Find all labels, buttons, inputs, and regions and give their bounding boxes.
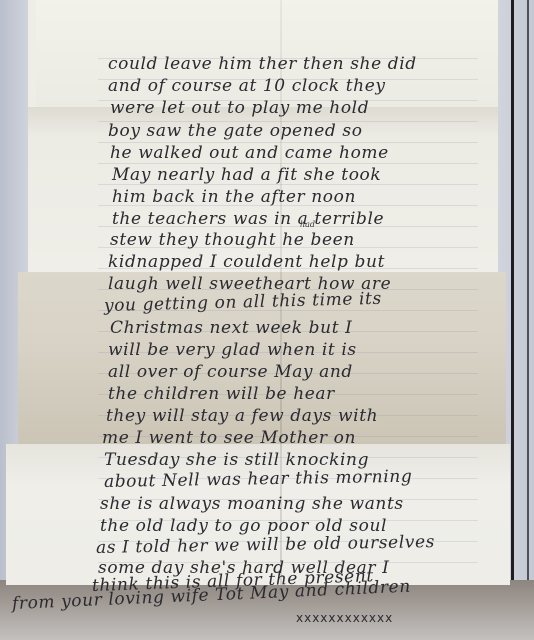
- letter-line: were let out to play me hold: [110, 98, 369, 118]
- letter-line: Tuesday she is still knocking: [104, 450, 369, 470]
- insertion-mark: had: [300, 220, 315, 229]
- letter-line: me I went to see Mother on: [102, 428, 356, 448]
- letter-line: boy saw the gate opened so: [108, 121, 363, 141]
- letter-line: Christmas next week but I: [110, 318, 352, 338]
- letter-line: he walked out and came home: [110, 143, 389, 163]
- letter-line: the children will be hear: [108, 384, 335, 404]
- letter-line: stew they thought he been: [110, 230, 355, 250]
- letter-line: May nearly had a fit she took: [112, 165, 381, 185]
- letter-line: they will stay a few days with: [106, 406, 378, 426]
- letter-line: the teachers was in a terrible: [112, 209, 384, 229]
- letter-line: kidnapped I couldent help but: [108, 252, 385, 272]
- letter-line: about Nell was hear this morning: [104, 467, 413, 492]
- letter-line: she is always moaning she wants: [100, 494, 404, 514]
- letter-line: could leave him ther then she did: [108, 54, 417, 74]
- letter-line: will be very glad when it is: [108, 340, 357, 360]
- letter-text: could leave him ther then she did and of…: [0, 0, 534, 640]
- kisses-row: xxxxxxxxxxxx: [296, 611, 393, 625]
- letter-line: all over of course May and: [108, 362, 353, 382]
- letter-line: him back in the after noon: [112, 187, 356, 207]
- letter-line: and of course at 10 clock they: [108, 76, 386, 96]
